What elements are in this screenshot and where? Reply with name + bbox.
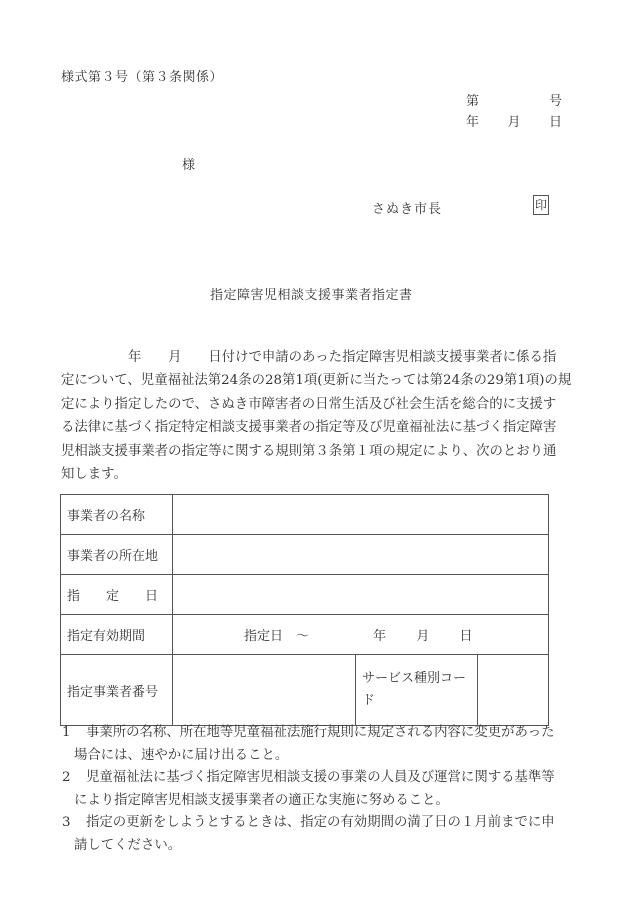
note-text: 事業所の名称、所在地等児童福祉法施行規則に規定される内容に変更があった	[86, 725, 555, 740]
service-type-code-label: サービス種別コード	[356, 655, 478, 726]
note-item: 1事業所の名称、所在地等児童福祉法施行規則に規定される内容に変更があった 場合に…	[62, 722, 562, 767]
validity-period-field[interactable]: 指定日 ～ 年 月 日	[173, 615, 549, 655]
note-number: 1	[62, 722, 86, 745]
table-row: 事業者の所在地	[61, 535, 549, 575]
table-row: 指定有効期間 指定日 ～ 年 月 日	[61, 615, 549, 655]
form-number: 様式第３号（第３条関係）	[61, 66, 223, 85]
business-name-label: 事業者の名称	[61, 495, 173, 535]
body-line: 児相談支援事業者の指定等に関する規則第３条第１項の規定により、次のとおり通	[61, 440, 561, 463]
issue-date: 年 月 日	[466, 111, 562, 130]
business-name-field[interactable]	[173, 495, 549, 535]
designation-table: 事業者の名称 事業者の所在地 指 定 日 指定有効期間 指定日 ～ 年 月 日 …	[60, 494, 549, 726]
service-type-code-field[interactable]	[478, 655, 549, 726]
validity-month-label: 月	[416, 625, 429, 644]
business-address-field[interactable]	[173, 535, 549, 575]
body-line: 知します。	[61, 463, 561, 486]
operator-number-label: 指定事業者番号	[61, 655, 173, 726]
body-line: 年 月 日付けで申請のあった指定障害児相談支援事業者に係る指	[61, 346, 561, 369]
addressee-honorific: 様	[182, 154, 195, 173]
note-item: 3指定の更新をしようとするときは、指定の有効期間の満了日の１月前までに申 請して…	[62, 812, 562, 857]
notes-list: 1事業所の名称、所在地等児童福祉法施行規則に規定される内容に変更があった 場合に…	[62, 722, 562, 858]
table-row: 事業者の名称	[61, 495, 549, 535]
document-number: 第 号	[466, 90, 562, 109]
note-text-continued: 場合には、速やかに届け出ること。	[62, 745, 562, 768]
designation-date-label: 指 定 日	[61, 575, 173, 615]
date-month-label: 月	[507, 111, 520, 130]
date-year-label: 年	[466, 111, 479, 130]
validity-year-label: 年	[373, 625, 386, 644]
table-row: 指 定 日	[61, 575, 549, 615]
operator-number-field[interactable]	[173, 655, 356, 726]
validity-period-label: 指定有効期間	[61, 615, 173, 655]
body-line: 定について、児童福祉法第24条の28第1項(更新に当たっては第24条の29第1項…	[61, 369, 561, 392]
document-title: 指定障害児相談支援事業者指定書	[210, 284, 413, 303]
validity-day-label: 日	[459, 625, 472, 644]
note-number: 2	[62, 767, 86, 790]
body-line: る法律に基づく指定特定相談支援事業者の指定等及び児童福祉法に基づく指定障害	[61, 416, 561, 439]
body-line: 定により指定したので、さぬき市障害者の日常生活及び社会生活を総合的に支援す	[61, 393, 561, 416]
validity-start: 指定日 ～	[244, 625, 309, 644]
issuer-name: さぬき市長	[372, 198, 442, 217]
note-item: 2児童福祉法に基づく指定障害児相談支援の事業の人員及び運営に関する基準等 により…	[62, 767, 562, 812]
doc-number-prefix: 第	[466, 90, 479, 109]
designation-date-field[interactable]	[173, 575, 549, 615]
date-day-label: 日	[549, 111, 562, 130]
note-text-continued: 請してください。	[62, 835, 562, 858]
table-row: 指定事業者番号 サービス種別コード	[61, 655, 549, 726]
body-paragraph: 年 月 日付けで申請のあった指定障害児相談支援事業者に係る指 定について、児童福…	[61, 346, 561, 486]
note-text: 児童福祉法に基づく指定障害児相談支援の事業の人員及び運営に関する基準等	[86, 770, 555, 785]
note-text-continued: により指定障害児相談支援事業者の適正な実施に努めること。	[62, 790, 562, 813]
note-text: 指定の更新をしようとするときは、指定の有効期間の満了日の１月前までに申	[86, 815, 555, 830]
doc-number-suffix: 号	[549, 90, 562, 109]
seal-stamp: 印	[533, 195, 549, 215]
business-address-label: 事業者の所在地	[61, 535, 173, 575]
note-number: 3	[62, 812, 86, 835]
